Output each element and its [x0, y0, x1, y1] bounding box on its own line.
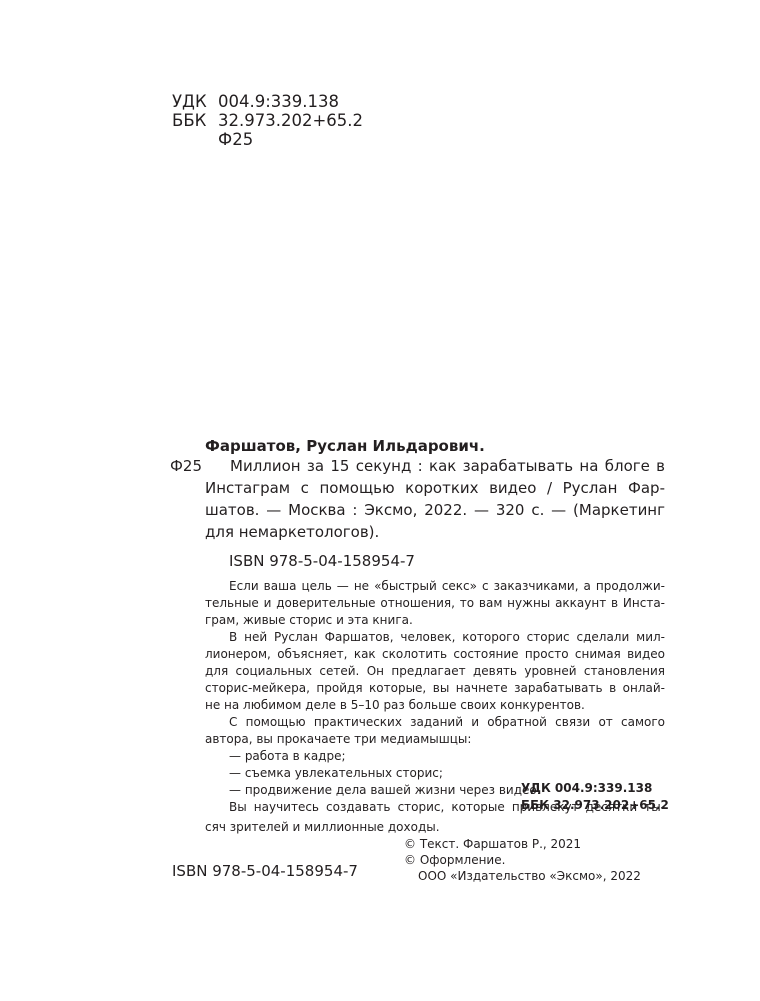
annotation-line: тельные и доверительные отношения, то ва…	[205, 595, 665, 612]
author-mark-top: Ф25	[218, 130, 253, 150]
bib-line-3: шатов. — Москва : Эксмо, 2022. — 320 с. …	[205, 499, 665, 521]
bib-line-1: Миллион за 15 секунд : как зарабатывать …	[230, 455, 665, 477]
udk-label: УДК	[172, 92, 218, 112]
bbk-bottom: ББК 32.973.202+65.2	[521, 797, 669, 814]
copyright-design: © Оформление.	[404, 852, 505, 869]
annotation-line: В ней Руслан Фаршатов, человек, которого…	[229, 629, 665, 646]
annotation-line: сяч зрителей и миллионные доходы.	[205, 819, 440, 836]
bbk-value: 32.973.202+65.2	[218, 111, 363, 130]
annotation-list-item: — продвижение дела вашей жизни через вид…	[229, 782, 541, 799]
annotation-line: грам, живые сторис и эта книга.	[205, 612, 413, 629]
annotation-line: Если ваша цель — не «быстрый секс» с зак…	[229, 578, 665, 595]
annotation-line: С помощью практических заданий и обратно…	[229, 714, 665, 731]
isbn-record: ISBN 978-5-04-158954-7	[229, 550, 415, 572]
copyright-text: © Текст. Фаршатов Р., 2021	[404, 836, 581, 853]
annotation-list-item: — съемка увлекательных сторис;	[229, 765, 443, 782]
udk-bottom: УДК 004.9:339.138	[521, 780, 652, 797]
author-mark: Ф25	[170, 455, 202, 477]
annotation-line: не на любимом деле в 5–10 раз больше сво…	[205, 697, 585, 714]
publisher: ООО «Издательство «Эксмо», 2022	[418, 868, 641, 885]
annotation-line: для социальных сетей. Он предлагает девя…	[205, 663, 665, 680]
bbk-row: ББК32.973.202+65.2	[172, 111, 363, 131]
isbn-footer: ISBN 978-5-04-158954-7	[172, 862, 358, 880]
udk-row: УДК004.9:339.138	[172, 92, 339, 112]
bbk-label: ББК	[172, 111, 218, 131]
bib-line-4: для немаркетологов).	[205, 521, 379, 543]
author-heading: Фаршатов, Руслан Ильдарович.	[205, 437, 485, 455]
annotation-list-item: — работа в кадре;	[229, 748, 346, 765]
annotation-line: лионером, объясняет, как сколотить состо…	[205, 646, 665, 663]
annotation-line: сторис-мейкера, пройдя которые, вы начне…	[205, 680, 665, 697]
bib-line-2: Инстаграм с помощью коротких видео / Рус…	[205, 477, 665, 499]
annotation-line: автора, вы прокачаете три медиамышцы:	[205, 731, 471, 748]
udk-value: 004.9:339.138	[218, 92, 339, 111]
